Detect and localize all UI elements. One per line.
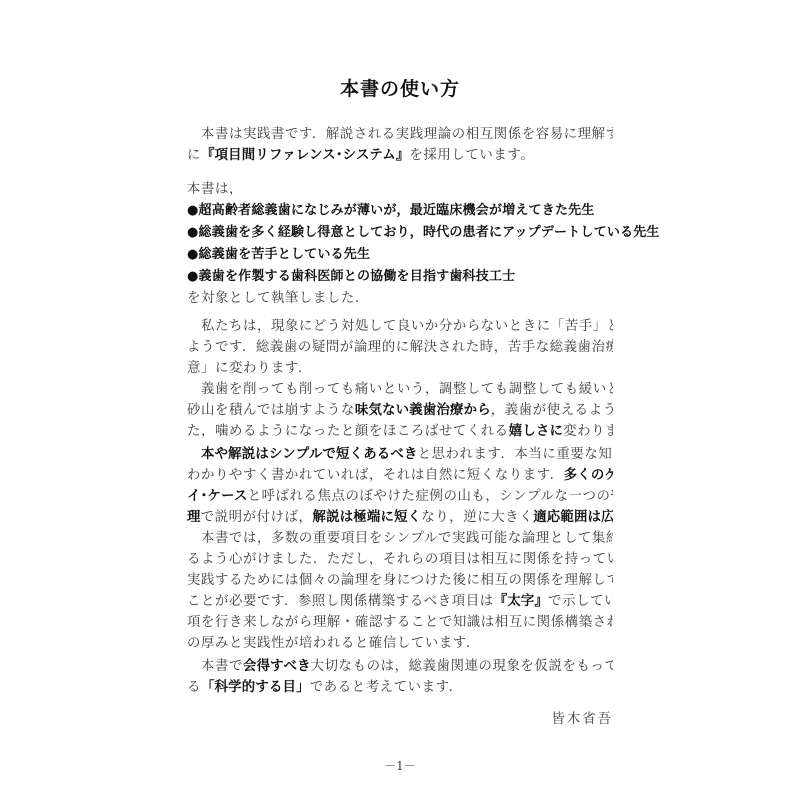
text-line: 本書は実践書です．解説される実践理論の相互関係を容易に理解するため bbox=[187, 124, 613, 145]
bold-term: 「科学的する目」 bbox=[201, 680, 310, 695]
text-span: ，義歯が使えるようになっ bbox=[491, 403, 613, 418]
text-line: るよう心がけました．ただし，それらの項目は相互に関係を持っているので， bbox=[187, 549, 613, 570]
text-line: に『項目間リファレンス･システム』を採用しています。 bbox=[187, 145, 613, 166]
text-line: 義歯を削っても削っても痛いという，調整しても調整しても緩いという， bbox=[187, 379, 613, 400]
audience-tail: を対象として執筆しました． bbox=[187, 288, 613, 309]
bold-term: 会得すべき bbox=[243, 659, 311, 674]
text-span: ことが必要です．参照し関係構築するべき項目は bbox=[187, 594, 494, 609]
text-line: 理で説明が付けば，解説は極端に短くなり，逆に大きく適応範囲は広がります． bbox=[187, 507, 613, 528]
bold-term: 適応範囲は広がり bbox=[533, 510, 613, 525]
text-line: の厚みと実践性が培われると確信しています． bbox=[187, 633, 613, 654]
text-span: 大切なものは，総義歯関連の現象を仮説をもって観察す bbox=[311, 659, 613, 674]
audience-bullet: ●総義歯を多く経験し得意としており，時代の患者にアップデートしている先生 bbox=[187, 222, 613, 244]
bold-term: 多くのケース･バ bbox=[564, 468, 613, 483]
text-span: 本書で bbox=[201, 659, 243, 674]
bold-term: 『太字』 bbox=[494, 594, 548, 609]
text-line: 項を行き来しながら理解・確認することで知識は相互に関係構築され，知識 bbox=[187, 612, 613, 633]
text-line: 本書で会得すべき大切なものは，総義歯関連の現象を仮説をもって観察す bbox=[187, 656, 613, 677]
audience-section: 本書は， ●超高齢者総義歯になじみが薄いが，最近臨床機会が増えてきた先生 ●総義… bbox=[187, 179, 613, 309]
bold-term: 本や解説はシンプルで短くあるべき bbox=[201, 447, 418, 462]
text-line: ようです．総義歯の疑問が論理的に解決された時，苦手な総義歯治療は「得 bbox=[187, 337, 613, 358]
page-number: －1－ bbox=[187, 757, 613, 774]
bold-term: 『項目間リファレンス･システム』 bbox=[201, 148, 409, 163]
paragraph-2: 私たちは，現象にどう対処して良いか分からないときに「苦手」と感じる ようです．総… bbox=[187, 316, 613, 442]
audience-bullet: ●超高齢者総義歯になじみが薄いが，最近臨床機会が増えてきた先生 bbox=[187, 200, 613, 222]
text-line: 私たちは，現象にどう対処して良いか分からないときに「苦手」と感じる bbox=[187, 316, 613, 337]
paragraph-4: 本書で会得すべき大切なものは，総義歯関連の現象を仮説をもって観察す る「科学的す… bbox=[187, 656, 613, 698]
text-span: と呼ばれる焦点のぼやけた症例の山も，シンプルな一つの bbox=[248, 489, 611, 504]
text-line: た，噛めるようになったと顔をほころばせてくれる嬉しさに変わります． bbox=[187, 421, 613, 442]
audience-lead: 本書は， bbox=[187, 179, 613, 200]
text-span: なり，逆に大きく bbox=[421, 510, 533, 525]
bold-term: 嬉しさに bbox=[509, 424, 563, 439]
bold-term: イ･ケース bbox=[187, 489, 248, 504]
page-title: 本書の使い方 bbox=[187, 74, 613, 101]
text-span: 変わります． bbox=[563, 424, 613, 439]
bold-term: 味気ない義歯治療から bbox=[355, 403, 491, 418]
text-span: で説明が付けば， bbox=[201, 510, 313, 525]
text-line: イ･ケースと呼ばれる焦点のぼやけた症例の山も，シンプルな一つの普遍的論 bbox=[187, 486, 613, 507]
text-line: 実践するためには個々の論理を身につけた後に相互の関係を理解しておく bbox=[187, 570, 613, 591]
text-line: 本書では，多数の重要項目をシンプルで実践可能な論理として集約記載す bbox=[187, 528, 613, 549]
bold-term: 解説は極端に短く bbox=[313, 510, 422, 525]
bold-term: 普遍的論 bbox=[610, 489, 613, 504]
text-span: 砂山を積んでは崩すような bbox=[187, 403, 355, 418]
text-span: と思われます．本当に重要な知識の本質が bbox=[418, 447, 613, 462]
text-span: わかりやすく書かれていれば，それは自然に短くなります． bbox=[187, 468, 564, 483]
audience-bullet: ●義歯を作製する歯科医師との協働を目指す歯科技工士 bbox=[187, 266, 613, 288]
text-span: る bbox=[187, 680, 201, 695]
audience-bullet: ●総義歯を苦手としている先生 bbox=[187, 244, 613, 266]
text-span: で示しています。各 bbox=[548, 594, 613, 609]
text-line: わかりやすく書かれていれば，それは自然に短くなります．多くのケース･バ bbox=[187, 465, 613, 486]
text-line: る「科学的する目」であると考えています． bbox=[187, 677, 613, 698]
text-span: を採用しています。 bbox=[409, 148, 534, 163]
intro-paragraph: 本書は実践書です．解説される実践理論の相互関係を容易に理解するため に『項目間リ… bbox=[187, 124, 613, 166]
paragraph-3: 本や解説はシンプルで短くあるべきと思われます．本当に重要な知識の本質が わかりや… bbox=[187, 444, 613, 654]
text-span: た，噛めるようになったと顔をほころばせてくれる bbox=[187, 424, 509, 439]
text-span: であると考えています． bbox=[310, 680, 463, 695]
bold-term: 理 bbox=[187, 510, 201, 525]
text-line: 本や解説はシンプルで短くあるべきと思われます．本当に重要な知識の本質が bbox=[187, 444, 613, 465]
text-line: ことが必要です．参照し関係構築するべき項目は『太字』で示しています。各 bbox=[187, 591, 613, 612]
text-span: に bbox=[187, 148, 201, 163]
author-name: 皆木省吾 bbox=[551, 708, 613, 727]
text-line: 砂山を積んでは崩すような味気ない義歯治療から，義歯が使えるようになっ bbox=[187, 400, 613, 421]
text-line: 意」に変わります． bbox=[187, 358, 613, 379]
